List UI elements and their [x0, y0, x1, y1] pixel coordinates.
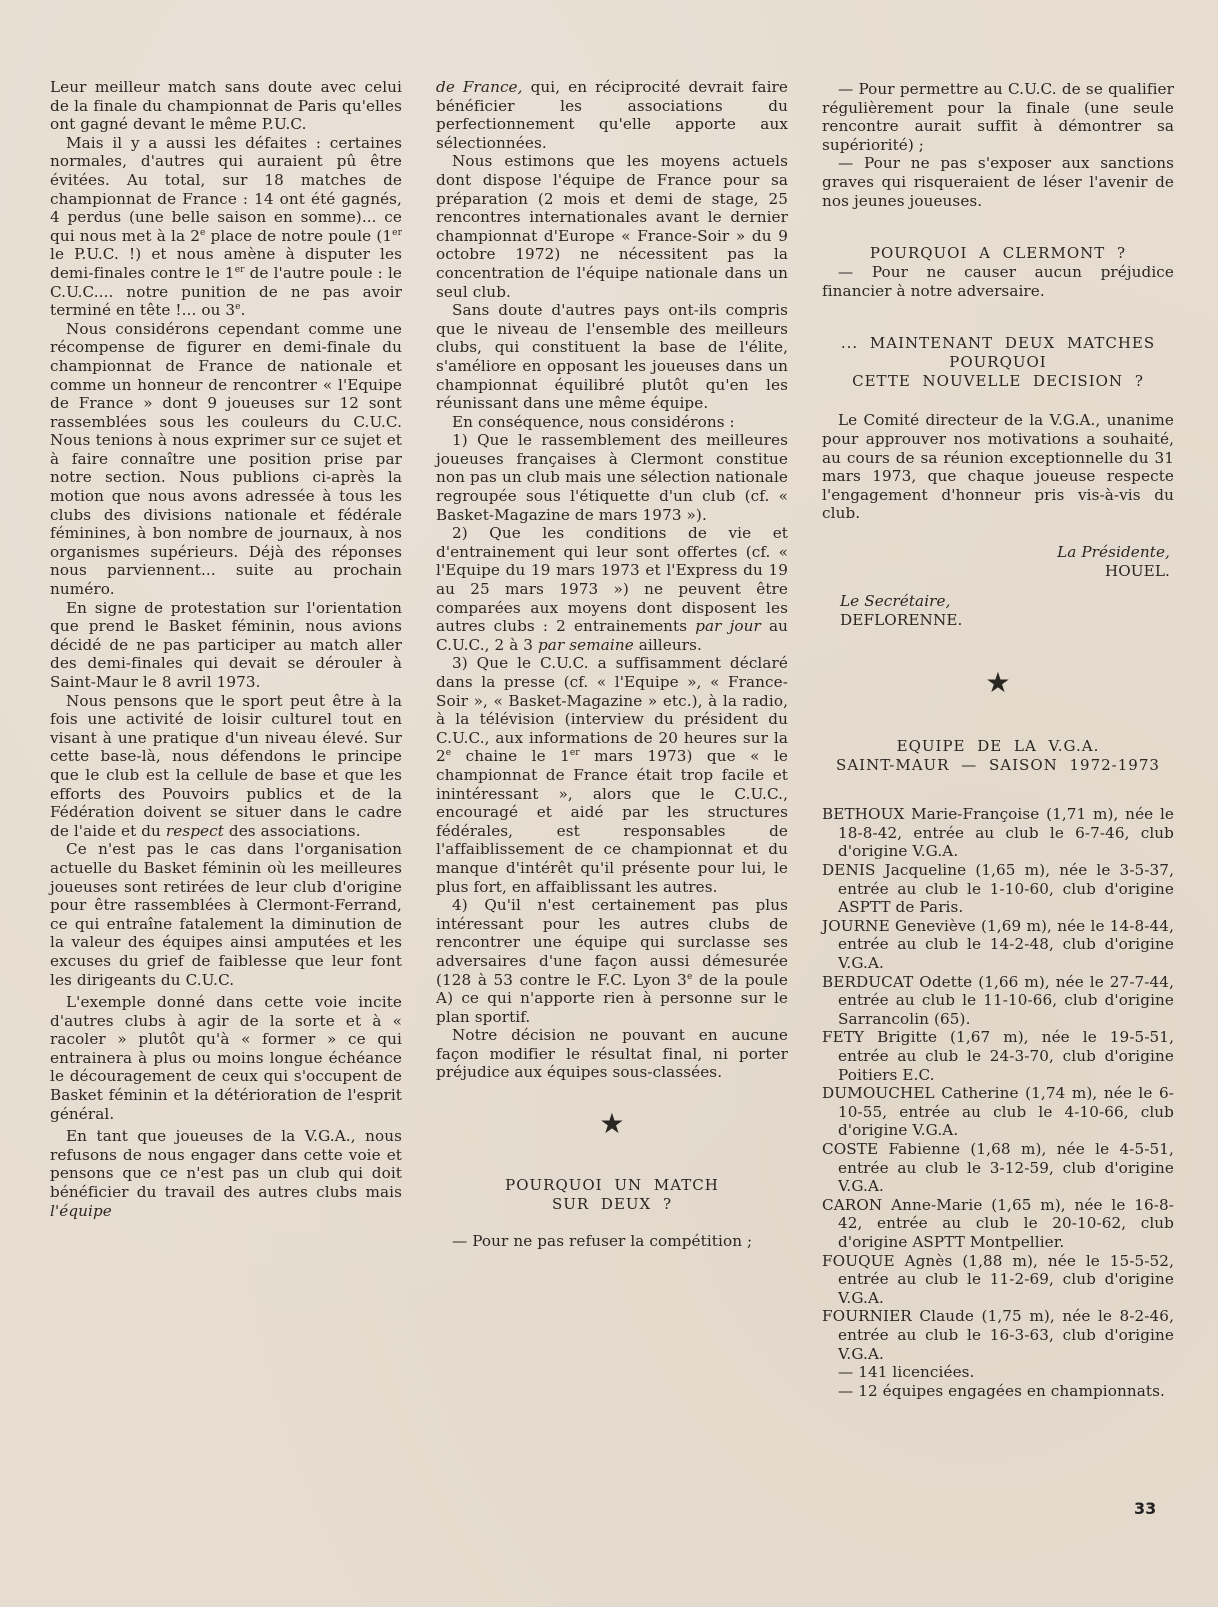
reason-item: — Pour ne pas refuser la compétition ;: [436, 1232, 788, 1251]
paragraph: Ce n'est pas le cas dans l'organisation …: [50, 840, 402, 989]
player-entry: DUMOUCHEL Catherine (1,74 m), née le 6-1…: [822, 1084, 1174, 1140]
paragraph: En tant que joueuses de la V.G.A., nous …: [50, 1127, 402, 1220]
player-entry: DENIS Jacqueline (1,65 m), née le 3-5-37…: [822, 861, 1174, 917]
paragraph: Leur meilleur match sans doute avec celu…: [50, 78, 402, 134]
reason-item: — Pour permettre au C.U.C. de se qualifi…: [822, 80, 1174, 154]
player-entry: COSTE Fabienne (1,68 m), née le 4-5-51, …: [822, 1140, 1174, 1196]
stat-teams: — 12 équipes engagées en championnats.: [822, 1382, 1174, 1401]
star-icon: ★: [822, 669, 1174, 697]
secretary-title: Le Secrétaire,: [822, 592, 1174, 611]
section-heading-new-decision: ... MAINTENANT DEUX MATCHES POURQUOI CET…: [822, 334, 1174, 391]
player-entry: FETY Brigitte (1,67 m), née le 19-5-51, …: [822, 1028, 1174, 1084]
section-heading-one-match: POURQUOI UN MATCH SUR DEUX ?: [436, 1176, 788, 1214]
player-entry: JOURNE Geneviève (1,69 m), née le 14-8-4…: [822, 917, 1174, 973]
player-list: BETHOUX Marie-Françoise (1,71 m), née le…: [822, 805, 1174, 1363]
section-heading-clermont: POURQUOI A CLERMONT ?: [822, 244, 1174, 263]
list-item: 1) Que le rassemblement des meilleures j…: [436, 431, 788, 524]
reason-item: — Pour ne pas s'exposer aux sanctions gr…: [822, 154, 1174, 210]
reason-item: — Pour ne causer aucun préjudice financi…: [822, 263, 1174, 300]
page-number: 33: [1134, 1499, 1156, 1518]
team-heading: EQUIPE DE LA V.G.A. SAINT-MAUR — SAISON …: [822, 737, 1174, 775]
paragraph: Sans doute d'autres pays ont-ils compris…: [436, 301, 788, 413]
paragraph: Nous estimons que les moyens actuels don…: [436, 152, 788, 301]
paragraph: Nous pensons que le sport peut être à la…: [50, 692, 402, 841]
president-name: HOUEL.: [822, 562, 1174, 581]
stat-licences: — 141 licenciées.: [822, 1363, 1174, 1382]
player-entry: FOURNIER Claude (1,75 m), née le 8-2-46,…: [822, 1307, 1174, 1363]
paragraph: En signe de protestation sur l'orientati…: [50, 599, 402, 692]
column-3: — Pour permettre au C.U.C. de se qualifi…: [822, 80, 1174, 1400]
paragraph: En conséquence, nous considérons :: [436, 413, 788, 432]
list-item: 3) Que le C.U.C. a suffisamment déclaré …: [436, 654, 788, 896]
list-item: 2) Que les conditions de vie et d'entrai…: [436, 524, 788, 654]
paragraph: Nous considérons cependant comme une réc…: [50, 320, 402, 599]
player-entry: CARON Anne-Marie (1,65 m), née le 16-8-4…: [822, 1196, 1174, 1252]
column-2: de France, qui, en réciprocité devrait f…: [436, 78, 788, 1251]
star-icon: ★: [436, 1110, 788, 1138]
player-entry: BERDUCAT Odette (1,66 m), née le 27-7-44…: [822, 973, 1174, 1029]
president-title: La Présidente,: [822, 543, 1174, 562]
paragraph: Notre décision ne pouvant en aucune faço…: [436, 1026, 788, 1082]
player-entry: BETHOUX Marie-Françoise (1,71 m), née le…: [822, 805, 1174, 861]
secretary-name: DEFLORENNE.: [822, 611, 1174, 630]
paragraph: de France, qui, en réciprocité devrait f…: [436, 78, 788, 152]
paragraph: L'exemple donné dans cette voie incite d…: [50, 993, 402, 1123]
paragraph: Mais il y a aussi les défaites : certain…: [50, 134, 402, 320]
column-1: Leur meilleur match sans doute avec celu…: [50, 78, 402, 1220]
list-item: 4) Qu'il n'est certainement pas plus int…: [436, 896, 788, 1026]
paragraph: Le Comité directeur de la V.G.A., unanim…: [822, 411, 1174, 523]
player-entry: FOUQUE Agnès (1,88 m), née le 15-5-52, e…: [822, 1252, 1174, 1308]
